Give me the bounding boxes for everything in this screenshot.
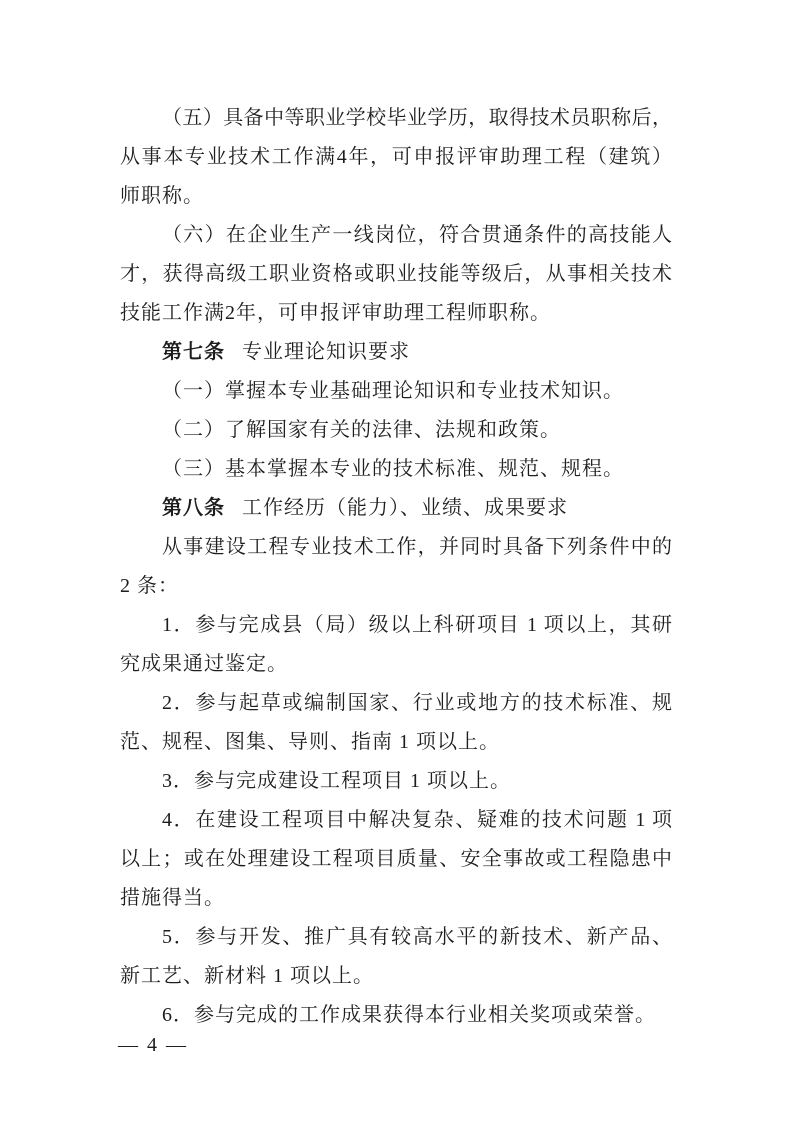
article-number: 第七条 <box>162 341 225 363</box>
document-page: （五）具备中等职业学校毕业学历，取得技术员职称后，从事本专业技术工作满4年，可申… <box>0 0 793 1122</box>
text-line: （六）在企业生产一线岗位，符合贯通条件的高技能人 <box>120 216 672 255</box>
text-line: 从事建设工程专业技术工作，并同时具备下列条件中的 <box>120 528 672 567</box>
line-text: 技能工作满2年，可申报评审助理工程师职称。 <box>120 302 551 324</box>
line-text: 从事建设工程专业技术工作，并同时具备下列条件中的 <box>162 536 672 558</box>
line-text: （六）在企业生产一线岗位，符合贯通条件的高技能人 <box>162 224 672 246</box>
line-text: 师职称。 <box>120 185 204 207</box>
text-line: 措施得当。 <box>120 879 672 918</box>
line-text: 究成果通过鉴定。 <box>120 653 288 675</box>
text-line: （二）了解国家有关的法律、法规和政策。 <box>120 411 672 450</box>
text-line: （一）掌握本专业基础理论知识和专业技术知识。 <box>120 372 672 411</box>
line-text: （二）了解国家有关的法律、法规和政策。 <box>162 419 561 441</box>
text-line: 范、规程、图集、导则、指南 1 项以上。 <box>120 723 672 762</box>
text-line: 才，获得高级工职业资格或职业技能等级后，从事相关技术 <box>120 255 672 294</box>
line-text: 从事本专业技术工作满4年，可申报评审助理工程（建筑） <box>120 146 672 168</box>
text-line: （三）基本掌握本专业的技术标准、规范、规程。 <box>120 450 672 489</box>
text-line: 新工艺、新材料 1 项以上。 <box>120 957 672 996</box>
page-number: — 4 — <box>118 1034 188 1056</box>
text-line: 5．参与开发、推广具有较高水平的新技术、新产品、 <box>120 918 672 957</box>
line-text: 2．参与起草或编制国家、行业或地方的技术标准、规 <box>162 692 672 714</box>
article-heading-line: 第七条专业理论知识要求 <box>120 333 672 372</box>
article-number: 第八条 <box>162 497 225 519</box>
page-footer: — 4 — <box>118 1032 188 1058</box>
line-text: 4．在建设工程项目中解决复杂、疑难的技术问题 1 项 <box>162 809 672 831</box>
text-line: 技能工作满2年，可申报评审助理工程师职称。 <box>120 294 672 333</box>
text-line: 究成果通过鉴定。 <box>120 645 672 684</box>
text-line: 以上；或在处理建设工程项目质量、安全事故或工程隐患中 <box>120 840 672 879</box>
line-text: （一）掌握本专业基础理论知识和专业技术知识。 <box>162 380 624 402</box>
text-line: 师职称。 <box>120 177 672 216</box>
text-line: 2．参与起草或编制国家、行业或地方的技术标准、规 <box>120 684 672 723</box>
text-line: 6．参与完成的工作成果获得本行业相关奖项或荣誉。 <box>120 996 672 1035</box>
line-text: （三）基本掌握本专业的技术标准、规范、规程。 <box>162 458 624 480</box>
text-line: 1．参与完成县（局）级以上科研项目 1 项以上，其研 <box>120 606 672 645</box>
line-text: 2 条： <box>120 575 179 597</box>
text-line: （五）具备中等职业学校毕业学历，取得技术员职称后， <box>120 99 672 138</box>
line-text: 以上；或在处理建设工程项目质量、安全事故或工程隐患中 <box>120 848 672 870</box>
line-text: 5．参与开发、推广具有较高水平的新技术、新产品、 <box>162 926 672 948</box>
line-text: 6．参与完成的工作成果获得本行业相关奖项或荣誉。 <box>162 1004 656 1026</box>
text-line: 2 条： <box>120 567 672 606</box>
text-line: 4．在建设工程项目中解决复杂、疑难的技术问题 1 项 <box>120 801 672 840</box>
line-text: 才，获得高级工职业资格或职业技能等级后，从事相关技术 <box>120 263 672 285</box>
line-text: 专业理论知识要求 <box>242 341 410 363</box>
line-text: 范、规程、图集、导则、指南 1 项以上。 <box>120 731 500 753</box>
document-body: （五）具备中等职业学校毕业学历，取得技术员职称后，从事本专业技术工作满4年，可申… <box>120 99 672 1035</box>
article-heading-line: 第八条工作经历（能力）、业绩、成果要求 <box>120 489 672 528</box>
text-line: 3．参与完成建设工程项目 1 项以上。 <box>120 762 672 801</box>
line-text: 工作经历（能力）、业绩、成果要求 <box>242 497 568 519</box>
line-text: 新工艺、新材料 1 项以上。 <box>120 965 374 987</box>
line-text: 1．参与完成县（局）级以上科研项目 1 项以上，其研 <box>162 614 672 636</box>
text-line: 从事本专业技术工作满4年，可申报评审助理工程（建筑） <box>120 138 672 177</box>
line-text: （五）具备中等职业学校毕业学历，取得技术员职称后， <box>162 107 672 129</box>
line-text: 3．参与完成建设工程项目 1 项以上。 <box>162 770 511 792</box>
line-text: 措施得当。 <box>120 887 225 909</box>
